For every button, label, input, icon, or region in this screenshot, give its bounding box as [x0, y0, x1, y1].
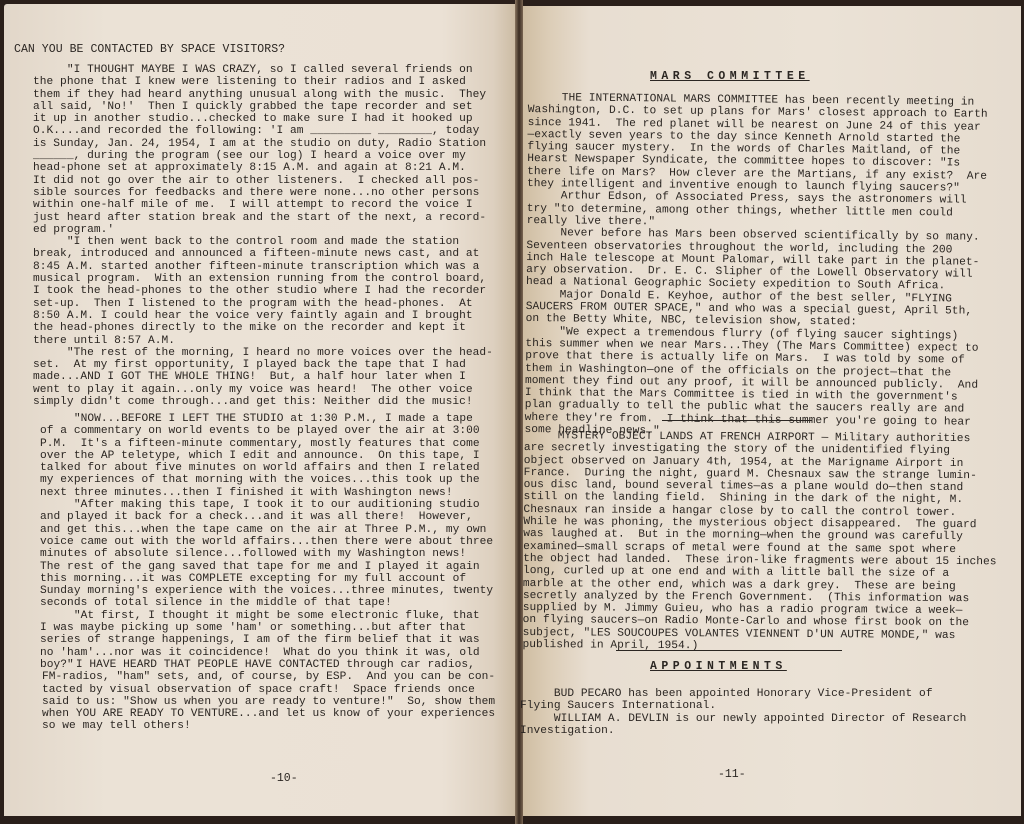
mystery-object-text: MYSTERY OBJECT LANDS AT FRENCH AIRPORT —…	[522, 430, 997, 655]
text-line: said to us: "Show us when you are ready …	[42, 696, 495, 708]
text-line: ______, during the program (see our log)…	[33, 150, 493, 162]
text-line: set. At my first opportunity, I played b…	[33, 359, 493, 371]
text-line: talked for about five minutes on world a…	[40, 462, 493, 474]
section-divider	[616, 650, 842, 651]
text-line: next three minutes...then I finished it …	[40, 487, 493, 499]
text-line: sible sources for feedbacks and there we…	[33, 187, 493, 199]
text-line: set-up. Then I listened to the program w…	[33, 298, 493, 310]
text-line: series of strange happenings, I am of th…	[40, 634, 493, 646]
text-line: no 'ham'...nor was it coincidence! What …	[40, 647, 493, 659]
text-line: I HAVE HEARD THAT PEOPLE HAVE CONTACTED …	[42, 659, 495, 671]
left-paragraph-2: "NOW...BEFORE I LEFT THE STUDIO at 1:30 …	[40, 413, 493, 671]
text-line: WILLIAM A. DEVLIN is our newly appointed…	[520, 713, 966, 725]
text-line: there until 8:57 A.M.	[33, 335, 493, 347]
text-line: 8:50 A.M. I could hear the voice very fa…	[33, 310, 493, 322]
text-line: went to play it again...only my voice wa…	[33, 384, 493, 396]
text-line: all said, 'No!' Then I quickly grabbed t…	[33, 101, 493, 113]
text-line: the phone that I knew were listening to …	[33, 76, 493, 88]
appointments-heading: APPOINTMENTS	[650, 660, 787, 673]
left-paragraph-3: I HAVE HEARD THAT PEOPLE HAVE CONTACTED …	[42, 659, 495, 733]
page-number-right: -11-	[718, 768, 746, 781]
text-line: voice came out with the world affairs...…	[40, 536, 493, 548]
text-line: when YOU ARE READY TO VENTURE...and let …	[42, 708, 495, 720]
text-line: seconds of total silence in the middle o…	[40, 597, 493, 609]
text-line: Investigation.	[520, 725, 966, 737]
text-line: minutes of absolute silence...followed w…	[40, 548, 493, 560]
text-line: "I THOUGHT MAYBE I WAS CRAZY, so I calle…	[33, 64, 493, 76]
text-line: musical program. With an extension runni…	[33, 273, 493, 285]
text-line: within one-half mile of me. I will attem…	[33, 199, 493, 211]
text-line: so we may tell others!	[42, 720, 495, 732]
text-line: I was maybe picking up some 'ham' or som…	[40, 622, 493, 634]
text-line: ed program.'	[33, 224, 493, 236]
text-line: "The rest of the morning, I heard no mor…	[33, 347, 493, 359]
text-line: this morning...it was COMPLETE excepting…	[40, 573, 493, 585]
text-line: "NOW...BEFORE I LEFT THE STUDIO at 1:30 …	[40, 413, 493, 425]
text-line: of a commentary on world events to be pl…	[40, 425, 493, 437]
left-paragraph-1: "I THOUGHT MAYBE I WAS CRAZY, so I calle…	[33, 64, 493, 408]
text-line: just heard after station break and the s…	[33, 212, 493, 224]
text-line: them if they had heard anything unusual …	[33, 89, 493, 101]
text-line: simply didn't come through...and get thi…	[33, 396, 493, 408]
text-line: BUD PECARO has been appointed Honorary V…	[520, 688, 966, 700]
appointments-text: BUD PECARO has been appointed Honorary V…	[520, 688, 966, 737]
text-line: It did not go over the air to other list…	[33, 175, 493, 187]
mars-committee-text: THE INTERNATIONAL MARS COMMITTEE has bee…	[524, 92, 988, 441]
text-line: the head-phones directly to the mike on …	[33, 322, 493, 334]
text-line: my experiences of that morning with the …	[40, 474, 493, 486]
page-number-left: -10-	[270, 772, 298, 785]
article-title: CAN YOU BE CONTACTED BY SPACE VISITORS?	[14, 44, 285, 56]
text-line: 8:45 A.M. started another fifteen-minute…	[33, 261, 493, 273]
text-line: made...AND I GOT THE WHOLE THING! But, a…	[33, 371, 493, 383]
text-line: I took the head-phones to the other stud…	[33, 285, 493, 297]
text-line: FM-radios, "ham" sets, and, of course, b…	[42, 671, 495, 683]
text-line: O.K....and recorded the following: 'I am…	[33, 125, 493, 137]
text-line: Flying Saucers International.	[520, 700, 966, 712]
text-line: break, introduced and announced a fiftee…	[33, 248, 493, 260]
text-line: "After making this tape, I took it to ou…	[40, 499, 493, 511]
text-line: is Sunday, Jan. 24, 1954, I am at the st…	[33, 138, 493, 150]
text-line: "I then went back to the control room an…	[33, 236, 493, 248]
text-line: P.M. It's a fifteen-minute commentary, m…	[40, 438, 493, 450]
mars-committee-heading: MARS COMMITTEE	[650, 70, 810, 83]
text-line: and get this...when the tape came on the…	[40, 524, 493, 536]
text-line: head-phone set at approximately 8:15 A.M…	[33, 162, 493, 174]
text-line: and played it back for a check...and it …	[40, 511, 493, 523]
section-divider	[662, 420, 812, 421]
text-line: over the AP teletype, which I edit and a…	[40, 450, 493, 462]
text-line: Sunday morning's experience with the voi…	[40, 585, 493, 597]
text-line: it up in another studio...checked to mak…	[33, 113, 493, 125]
text-line: "At first, I thought it might be some el…	[40, 610, 493, 622]
text-line: The rest of the gang saved that tape for…	[40, 561, 493, 573]
text-line: tacted by visual observation of space cr…	[42, 684, 495, 696]
